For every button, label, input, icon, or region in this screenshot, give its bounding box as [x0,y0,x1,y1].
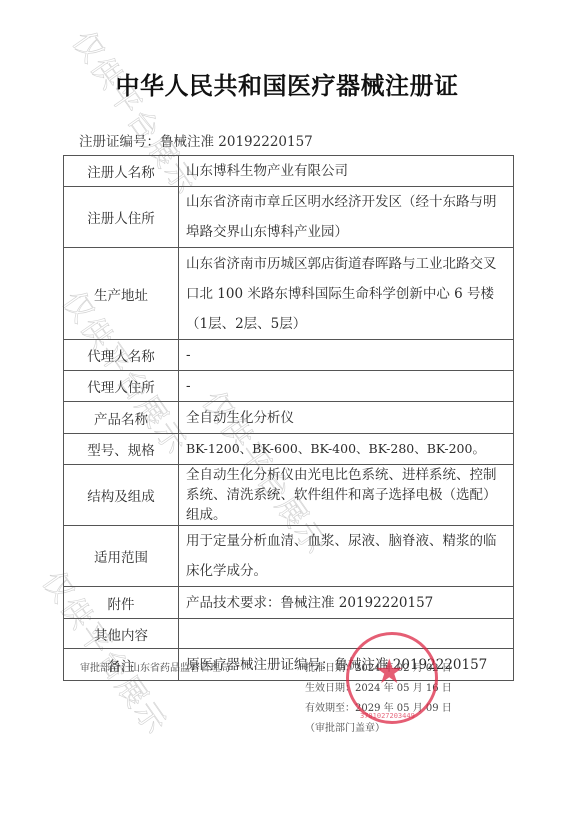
table-row: 产品名称 全自动生化分析仪 [64,402,514,434]
row-label: 附件 [64,587,179,619]
row-value: 用于定量分析血清、血浆、尿液、脑脊液、精浆的临床化学成分。 [179,526,514,587]
valid-until-date: 有效期至：2029 年 05 月 09 日 [305,699,452,719]
table-row: 生产地址 山东省济南市历城区郭店街道春晖路与工业北路交叉口北 100 米路东博科… [64,248,514,340]
row-label: 生产地址 [64,248,179,340]
table-row: 结构及组成 全自动生化分析仪由光电比色系统、进样系统、控制系统、清洗系统、软件组… [64,465,514,526]
table-row: 代理人名称 - [64,340,514,371]
row-value [179,619,514,649]
row-label: 结构及组成 [64,465,179,526]
table-row: 附件 产品技术要求：鲁械注准 20192220157 [64,587,514,619]
approval-date: 批准日期：2024 年 02 月 02 日 [305,659,452,679]
row-label: 代理人名称 [64,340,179,371]
row-value: 山东省济南市历城区郭店街道春晖路与工业北路交叉口北 100 米路东博科国际生命科… [179,248,514,340]
certificate-number: 注册证编号：鲁械注准 20192220157 [79,130,313,150]
seal-note: （审批部门盖章） [305,719,452,739]
row-label: 代理人住所 [64,371,179,402]
table-row: 适用范围 用于定量分析血清、血浆、尿液、脑脊液、精浆的临床化学成分。 [64,526,514,587]
certificate-number-value: 鲁械注准 20192220157 [160,134,313,150]
table-row: 型号、规格 BK-1200、BK-600、BK-400、BK-280、BK-20… [64,434,514,465]
certificate-number-label: 注册证编号： [79,134,160,150]
table-row: 注册人住所 山东省济南市章丘区明水经济开发区（经十东路与明埠路交界山东博科产业园… [64,187,514,248]
row-label: 其他内容 [64,619,179,649]
row-value: 山东省济南市章丘区明水经济开发区（经十东路与明埠路交界山东博科产业园） [179,187,514,248]
row-label: 适用范围 [64,526,179,587]
table-row: 其他内容 [64,619,514,649]
row-value: 山东博科生物产业有限公司 [179,156,514,187]
row-value: 全自动生化分析仪由光电比色系统、进样系统、控制系统、清洗系统、软件组件和离子选择… [179,465,514,526]
table-row: 注册人名称 山东博科生物产业有限公司 [64,156,514,187]
row-value: - [179,371,514,402]
row-value: 全自动生化分析仪 [179,402,514,434]
table-row: 代理人住所 - [64,371,514,402]
row-value: BK-1200、BK-600、BK-400、BK-280、BK-200。 [179,434,514,465]
registration-table: 注册人名称 山东博科生物产业有限公司 注册人住所 山东省济南市章丘区明水经济开发… [63,155,514,681]
row-value: - [179,340,514,371]
effective-date: 生效日期：2024 年 05 月 16 日 [305,679,452,699]
document-title: 中华人民共和国医疗器械注册证 [0,66,574,101]
row-label: 注册人住所 [64,187,179,248]
row-label: 型号、规格 [64,434,179,465]
row-label: 注册人名称 [64,156,179,187]
row-value: 产品技术要求：鲁械注准 20192220157 [179,587,514,619]
date-block: 批准日期：2024 年 02 月 02 日 生效日期：2024 年 05 月 1… [305,659,452,739]
approval-department: 审批部门：山东省药品监督管理局 [80,659,230,674]
row-label: 产品名称 [64,402,179,434]
